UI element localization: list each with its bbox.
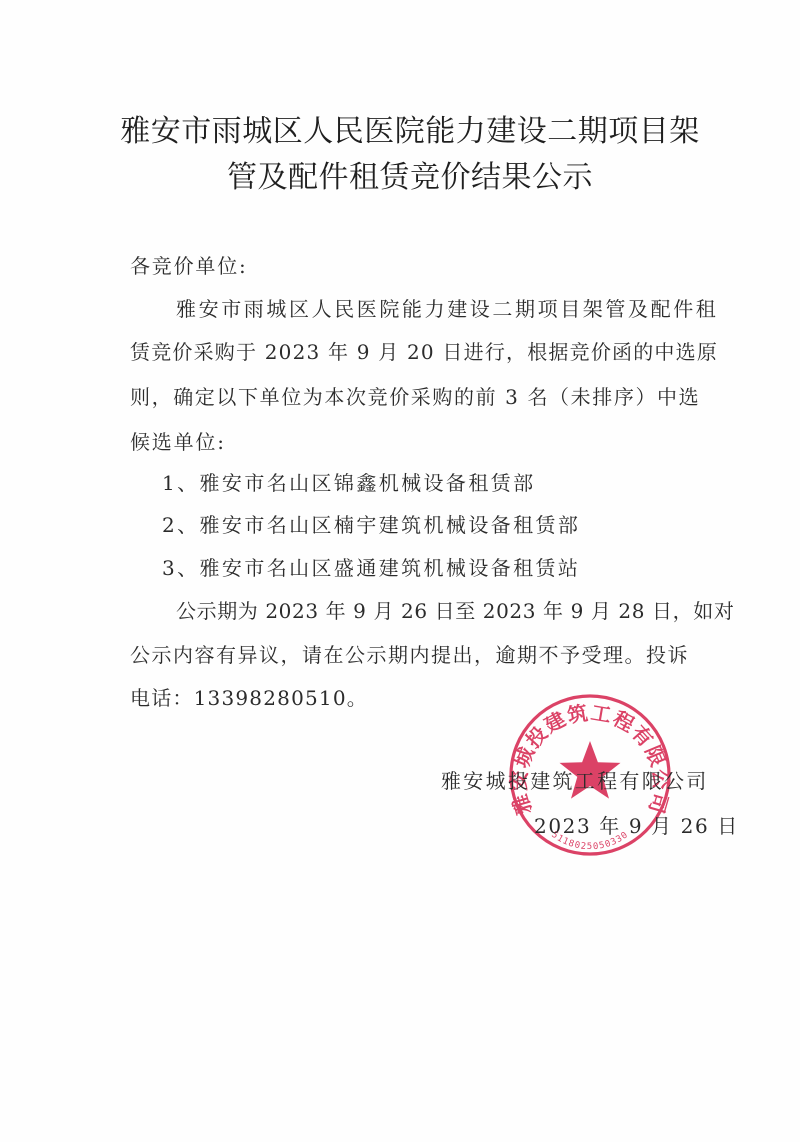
paragraph-2-line-3: 电话：13398280510。	[130, 688, 368, 708]
document-title-line-2: 管及配件租赁竞价结果公示	[100, 163, 720, 193]
paragraph-1-line-2: 赁竞价采购于 2023 年 9 月 20 日进行，根据竞价函的中选原	[130, 342, 718, 362]
document-page: 雅安市雨城区人民医院能力建设二期项目架 管及配件租赁竞价结果公示 各竞价单位: …	[0, 0, 800, 1142]
signature-date: 2023 年 9 月 26 日	[534, 816, 739, 836]
paragraph-2-line-2: 公示内容有异议，请在公示期内提出，逾期不予受理。投诉	[130, 645, 689, 665]
salutation: 各竞价单位:	[130, 256, 248, 276]
document-title-line-1: 雅安市雨城区人民医院能力建设二期项目架	[100, 117, 720, 147]
candidate-list-item-3: 3、雅安市名山区盛通建筑机械设备租赁站	[162, 558, 580, 578]
signature-company-name: 雅安城投建筑工程有限公司	[441, 771, 709, 791]
paragraph-1-line-3: 则，确定以下单位为本次竞价采购的前 3 名（未排序）中选	[130, 387, 700, 407]
paragraph-1-line-1: 雅安市雨城区人民医院能力建设二期项目架管及配件租	[176, 299, 718, 319]
paragraph-2-line-1: 公示期为 2023 年 9 月 26 日至 2023 年 9 月 28 日，如对	[176, 601, 734, 621]
candidate-list-item-1: 1、雅安市名山区锦鑫机械设备租赁部	[162, 473, 536, 493]
candidate-list-item-2: 2、雅安市名山区楠宇建筑机械设备租赁部	[162, 515, 580, 535]
paragraph-1-line-4: 候选单位:	[130, 432, 226, 452]
